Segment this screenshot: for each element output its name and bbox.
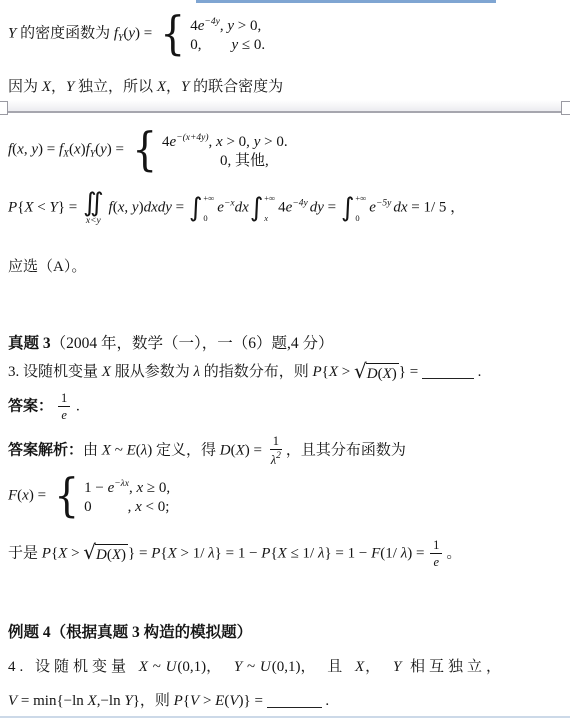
math-variable: dxdy [144, 200, 172, 216]
math-text: ,−ln [97, 693, 125, 709]
math-text: ≥ 0, [143, 480, 170, 496]
math-text: ) [121, 547, 126, 563]
cases-group: {1 − e−λx, x ≥ 0,0, x < 0; [52, 473, 170, 519]
math-variable: F [371, 545, 380, 561]
math-variable: X [139, 659, 148, 675]
math-text: ) = [38, 141, 59, 157]
cases-row: 0,y ≤ 0. [190, 34, 265, 57]
math-variable: D [367, 366, 378, 382]
integral-upper-limit: +∞ [355, 194, 366, 203]
superscript: −4y [292, 199, 307, 209]
text-independence: 因为 X，Y 独立，所以 X，Y 的联合密度为 [8, 77, 568, 98]
math-variable: y [31, 141, 38, 157]
math-variable: P [8, 200, 17, 216]
fraction: 1e [58, 391, 70, 423]
math-variable: dx [393, 200, 407, 216]
math-text: 4 [162, 134, 170, 150]
math-variable: X [112, 547, 121, 563]
superscript: −x [224, 199, 235, 209]
math-text: . [322, 693, 330, 709]
math-text: 0 [84, 499, 92, 515]
math-text: ， [206, 659, 233, 675]
formula-v-min: V = min{−ln X,−ln Y}，则 P{V > E(V)} = . [8, 691, 568, 712]
math-variable: E [215, 693, 224, 709]
answer-line: 答案：1e . [8, 391, 568, 423]
math-variable: x [135, 499, 142, 515]
math-text: (0,1) [272, 659, 301, 675]
math-variable: X [58, 545, 67, 561]
blank-underline [267, 704, 322, 708]
fraction: 1λ2 [268, 434, 284, 468]
integral-limits: +∞0 [203, 194, 214, 222]
math-text: > [67, 545, 83, 561]
math-variable: Y [234, 659, 242, 675]
formula-fx-distribution: F(x) = {1 − e−λx, x ≥ 0,0, x < 0; [8, 473, 568, 519]
heading-liti-4: 例题 4（根据真题 3 构造的模拟题） [8, 622, 568, 643]
math-variable: e [369, 200, 376, 216]
cases-row: 0, 其他, [162, 150, 288, 173]
integral-upper-limit: +∞ [203, 194, 214, 203]
formula-joint-density: f(x, y) = fX(x)fY(y) = {4e−(x+4y), x > 0… [8, 127, 568, 173]
document-page: Y 的密度函数为 fY(y) = {4e−4y, y > 0,0,y ≤ 0. … [0, 0, 570, 718]
fraction-denominator: λ2 [268, 450, 284, 467]
math-text: 应选（A）。 [8, 259, 86, 275]
cases-group: {4e−(x+4y), x > 0, y > 0.0, 其他, [130, 127, 288, 173]
math-variable: X [329, 364, 338, 380]
cases-brace: { [160, 13, 185, 54]
math-text: 1 [433, 538, 439, 552]
integral: ∫+∞x [250, 194, 277, 222]
math-text: 4 [278, 200, 286, 216]
math-variable: y [100, 141, 107, 157]
math-variable: X [355, 659, 364, 675]
math-variable: X [278, 545, 287, 561]
radical: √D(X) [354, 363, 399, 385]
math-text: 1 [61, 391, 67, 405]
math-text: 3. 设随机变量 [8, 364, 102, 380]
math-text: ， [51, 79, 66, 95]
math-text: 的密度函数为 [16, 25, 114, 41]
math-text: > 0, [223, 134, 254, 150]
math-text: 由 [83, 442, 102, 458]
math-variable: e [434, 555, 440, 569]
math-text: ) = [245, 442, 266, 458]
math-text: 的联合密度为 [189, 79, 283, 95]
math-variable: V [190, 693, 199, 709]
integral-limits: +∞0 [355, 194, 366, 222]
math-text: 于是 [8, 545, 42, 561]
math-text: ) = [107, 141, 128, 157]
fraction-numerator: 1 [430, 538, 442, 554]
math-variable: x [22, 487, 29, 503]
superscript: −(x+4y) [176, 133, 208, 143]
math-text: > [338, 364, 354, 380]
math-variable: P [151, 545, 160, 561]
radical-body: D(X) [366, 363, 399, 385]
math-text: 0, [190, 37, 201, 53]
math-variable: Y [393, 659, 401, 675]
math-variable: P [42, 545, 51, 561]
math-text: } = 1 − [324, 545, 371, 561]
math-text: ~ [243, 659, 259, 675]
answer-analysis: 答案解析：由 X ~ E(λ) 定义，得 D(X) = 1λ2，且其分布函数为 [8, 434, 568, 468]
math-variable: Y [124, 693, 132, 709]
math-variable: y [128, 25, 135, 41]
math-variable: y [227, 18, 234, 34]
math-text: （2004 年，数学（一），一（6）题,4 分） [51, 335, 334, 352]
math-text: } = [58, 200, 81, 216]
cases-row: 0, x < 0; [84, 496, 170, 519]
integral-lower-limit: 0 [355, 214, 366, 223]
math-text: , [128, 499, 136, 515]
math-text: (1/ [380, 545, 400, 561]
formula-fy-density: Y 的密度函数为 fY(y) = {4e−4y, y > 0,0,y ≤ 0. [8, 11, 568, 57]
math-variable: X [42, 79, 51, 95]
math-text: ) [392, 366, 397, 382]
math-variable: X [102, 442, 111, 458]
double-integral: ∬x<y [83, 190, 104, 227]
math-variable: e [61, 408, 67, 422]
math-variable: X [383, 366, 392, 382]
math-variable: P [312, 364, 321, 380]
fraction-denominator: e [58, 407, 70, 422]
math-variable: V [229, 693, 238, 709]
double-integral-symbol: ∬ [83, 190, 104, 216]
cases-group: {4e−4y, y > 0,0,y ≤ 0. [158, 11, 265, 57]
math-variable: V [8, 693, 17, 709]
math-text: 1 − [84, 480, 107, 496]
cases-brace: { [132, 129, 157, 170]
math-variable: D [96, 547, 107, 563]
math-text: 独立，所以 [74, 79, 157, 95]
math-text: ， [365, 659, 392, 675]
cases-row: 4e−(x+4y), x > 0, y > 0. [162, 127, 288, 150]
math-text: ) = [407, 545, 428, 561]
math-text: < [34, 200, 50, 216]
formula-yushi-derivation: 于是 P{X > √D(X)} = P{X > 1/ λ} = 1 − P{X … [8, 538, 568, 570]
math-text: = min{−ln [17, 693, 87, 709]
math-variable: U [260, 659, 271, 675]
math-text: ， 且 [300, 659, 354, 675]
question-4: 4. 设随机变量 X ~ U(0,1)， Y ~ U(0,1)， 且 X， Y … [8, 657, 568, 678]
cases-rows: 1 − e−λx, x ≥ 0,0, x < 0; [84, 473, 170, 519]
math-variable: D [220, 442, 231, 458]
math-variable: x [74, 141, 81, 157]
math-text: < 0; [142, 499, 170, 515]
superscript: −5y [376, 199, 391, 209]
integral-lower-limit: 0 [203, 214, 214, 223]
question-3: 3. 设随机变量 X 服从参数为 λ 的指数分布，则 P{X > √D(X)} … [8, 362, 568, 385]
math-text: 0, 其他, [220, 153, 269, 169]
math-variable: X [102, 364, 111, 380]
math-text: , [124, 200, 132, 216]
superscript: 2 [276, 451, 281, 461]
math-text: { [160, 545, 167, 561]
math-variable: x [17, 141, 24, 157]
math-text: > [199, 693, 215, 709]
integral-upper-limit: +∞ [264, 194, 275, 203]
bold-text: 答案解析： [8, 442, 83, 458]
section-divider [0, 100, 570, 113]
math-variable: y [132, 200, 139, 216]
math-text: . [72, 398, 80, 414]
math-variable: U [166, 659, 177, 675]
math-text: ~ [111, 442, 127, 458]
math-text: ) 定义，得 [147, 442, 220, 458]
math-variable: F [8, 487, 17, 503]
math-text: 因为 [8, 79, 42, 95]
math-variable: E [127, 442, 136, 458]
math-text: = 1/ 5 ， [408, 200, 466, 216]
math-variable: e [217, 200, 224, 216]
math-text: 相互独立， [402, 659, 505, 675]
bold-text: 答案： [8, 398, 53, 414]
math-text: ≤ 0. [238, 37, 265, 53]
math-text: { [322, 364, 329, 380]
integral-limits: +∞x [264, 194, 275, 222]
math-text: ，且其分布函数为 [286, 442, 406, 458]
superscript: −4y [204, 17, 219, 27]
fraction: 1e [430, 538, 442, 570]
integral-symbol: ∫ [341, 195, 355, 221]
math-text: , [209, 134, 217, 150]
top-accent-bar [196, 0, 496, 3]
text-choose-a: 应选（A）。 [8, 257, 568, 278]
heading-zhenti-3: 真题 3（2004 年，数学（一），一（6）题,4 分） [8, 333, 568, 354]
bold-text: 真题 3 [8, 335, 51, 352]
math-variable: dx [235, 200, 249, 216]
integral-sublabel: x<y [86, 217, 101, 227]
integral-lower-limit: x [264, 214, 275, 223]
radical: √D(X) [83, 544, 128, 566]
math-variable: x [216, 134, 223, 150]
math-text: { [183, 693, 190, 709]
math-text: (0,1) [177, 659, 206, 675]
math-variable: dy [310, 200, 324, 216]
integral: ∫+∞0 [341, 194, 368, 222]
radical-body: D(X) [95, 544, 128, 566]
math-variable: X [88, 693, 97, 709]
formula-prob-x-less-y: P{X < Y} = ∬x<yf(x, y)dxdy = ∫+∞0e−xdx∫+… [8, 190, 568, 227]
math-text: { [270, 545, 277, 561]
divider-handle-right[interactable] [561, 101, 570, 115]
math-variable: X [236, 442, 245, 458]
math-text: 的指数分布，则 [200, 364, 313, 380]
cases-row: 4e−4y, y > 0, [190, 11, 265, 34]
integral-symbol: ∫ [189, 195, 203, 221]
math-text: )} = [239, 693, 267, 709]
math-variable: X [168, 545, 177, 561]
math-variable: X [157, 79, 166, 95]
math-variable: Y [50, 200, 58, 216]
superscript: −λx [114, 479, 129, 489]
math-text: . [474, 364, 482, 380]
math-text: > 0. [260, 134, 287, 150]
math-text: > 1/ [177, 545, 208, 561]
fraction-numerator: 1 [58, 391, 70, 407]
math-text: = [324, 200, 340, 216]
math-text: 。 [446, 545, 461, 561]
math-text: 服从参数为 [111, 364, 194, 380]
math-text: = [172, 200, 188, 216]
cases-rows: 4e−4y, y > 0,0,y ≤ 0. [190, 11, 265, 57]
blank-underline [422, 375, 474, 379]
math-text: } = 1 − [215, 545, 262, 561]
math-text: 4. 设随机变量 [8, 659, 138, 675]
math-text: }，则 [133, 693, 174, 709]
math-variable: X [24, 200, 33, 216]
cases-row: 1 − e−λx, x ≥ 0, [84, 473, 170, 496]
bold-text: 例题 4（根据真题 3 构造的模拟题） [8, 624, 252, 641]
math-text: > 0, [234, 18, 261, 34]
fraction-denominator: e [431, 554, 443, 569]
math-variable: P [174, 693, 183, 709]
fraction-numerator: 1 [270, 434, 282, 450]
math-text: 4 [190, 18, 198, 34]
divider-handle-left[interactable] [0, 101, 8, 115]
math-text: ~ [149, 659, 165, 675]
cases-rows: 4e−(x+4y), x > 0, y > 0.0, 其他, [162, 127, 288, 173]
integral: ∫+∞0 [189, 194, 216, 222]
math-text: ， [166, 79, 181, 95]
integral-symbol: ∫ [250, 195, 264, 221]
math-text: } = [399, 364, 422, 380]
math-text: ≤ 1/ [287, 545, 318, 561]
math-text: } = [128, 545, 151, 561]
cases-brace: { [54, 475, 79, 516]
math-text: ) = [135, 25, 156, 41]
math-text: 1 [273, 434, 279, 448]
math-text: ) = [29, 487, 50, 503]
